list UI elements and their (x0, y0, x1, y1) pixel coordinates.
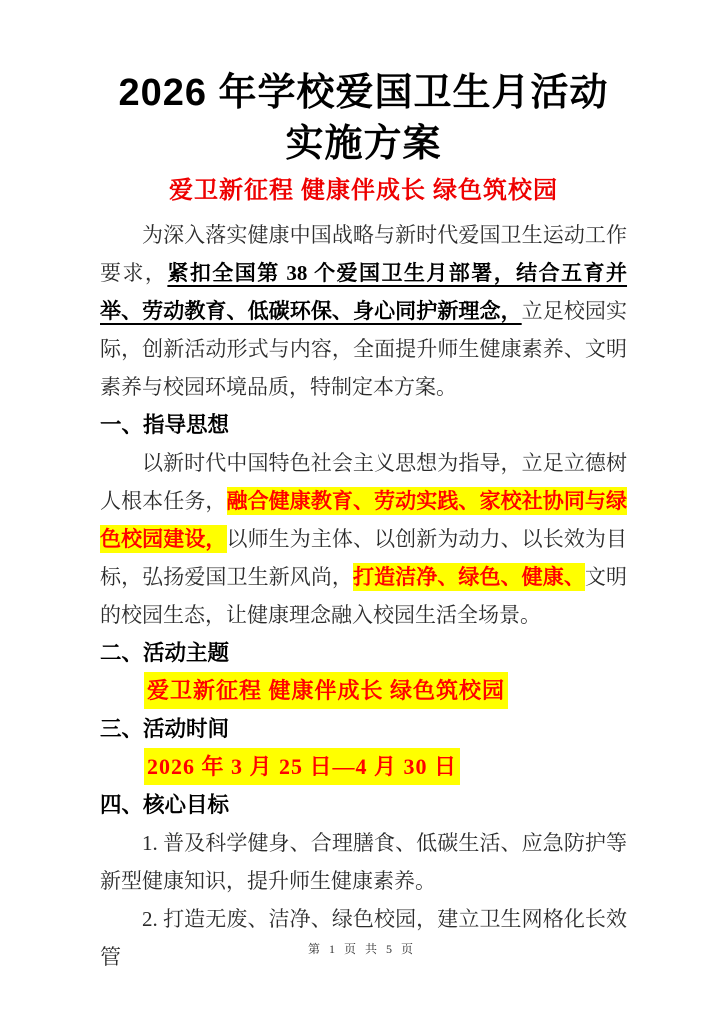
page-number-footer: 第 1 页 共 5 页 (0, 940, 724, 957)
section-activity-time: 三、活动时间 2026 年 3 月 25 日—4 月 30 日 (100, 710, 627, 786)
activity-time-line: 2026 年 3 月 25 日—4 月 30 日 (100, 748, 627, 786)
section-heading-2: 二、活动主题 (100, 634, 627, 672)
section-paragraph-1: 以新时代中国特色社会主义思想为指导，立足立德树人根本任务，融合健康教育、劳动实践… (100, 444, 627, 634)
document-subtitle: 爱卫新征程 健康伴成长 绿色筑校园 (100, 170, 627, 212)
text-run-red-highlight: 打造洁净、绿色、健康、 (353, 563, 585, 591)
intro-paragraph: 为深入落实健康中国战略与新时代爱国卫生运动工作要求，紧扣全国第 38 个爱国卫生… (100, 216, 627, 406)
section-heading-3: 三、活动时间 (100, 710, 627, 748)
document-page: 2026 年学校爱国卫生月活动 实施方案 爱卫新征程 健康伴成长 绿色筑校园 为… (0, 0, 724, 1024)
document-title-line-2: 实施方案 (100, 119, 627, 170)
activity-time-highlight: 2026 年 3 月 25 日—4 月 30 日 (144, 748, 460, 785)
section-activity-theme: 二、活动主题 爱卫新征程 健康伴成长 绿色筑校园 (100, 634, 627, 710)
section-heading-4: 四、核心目标 (100, 786, 627, 824)
core-goal-item-2: 2. 打造无废、洁净、绿色校园，建立卫生网格化长效管 (100, 900, 627, 976)
activity-theme-line: 爱卫新征程 健康伴成长 绿色筑校园 (100, 672, 627, 710)
document-title-line-1: 2026 年学校爱国卫生月活动 (100, 68, 627, 119)
core-goal-item-1: 1. 普及科学健身、合理膳食、低碳生活、应急防护等新型健康知识，提升师生健康素养… (100, 824, 627, 900)
section-guiding-thought: 一、指导思想 以新时代中国特色社会主义思想为指导，立足立德树人根本任务，融合健康… (100, 406, 627, 634)
activity-theme-highlight: 爱卫新征程 健康伴成长 绿色筑校园 (144, 672, 508, 709)
section-heading-1: 一、指导思想 (100, 406, 627, 444)
